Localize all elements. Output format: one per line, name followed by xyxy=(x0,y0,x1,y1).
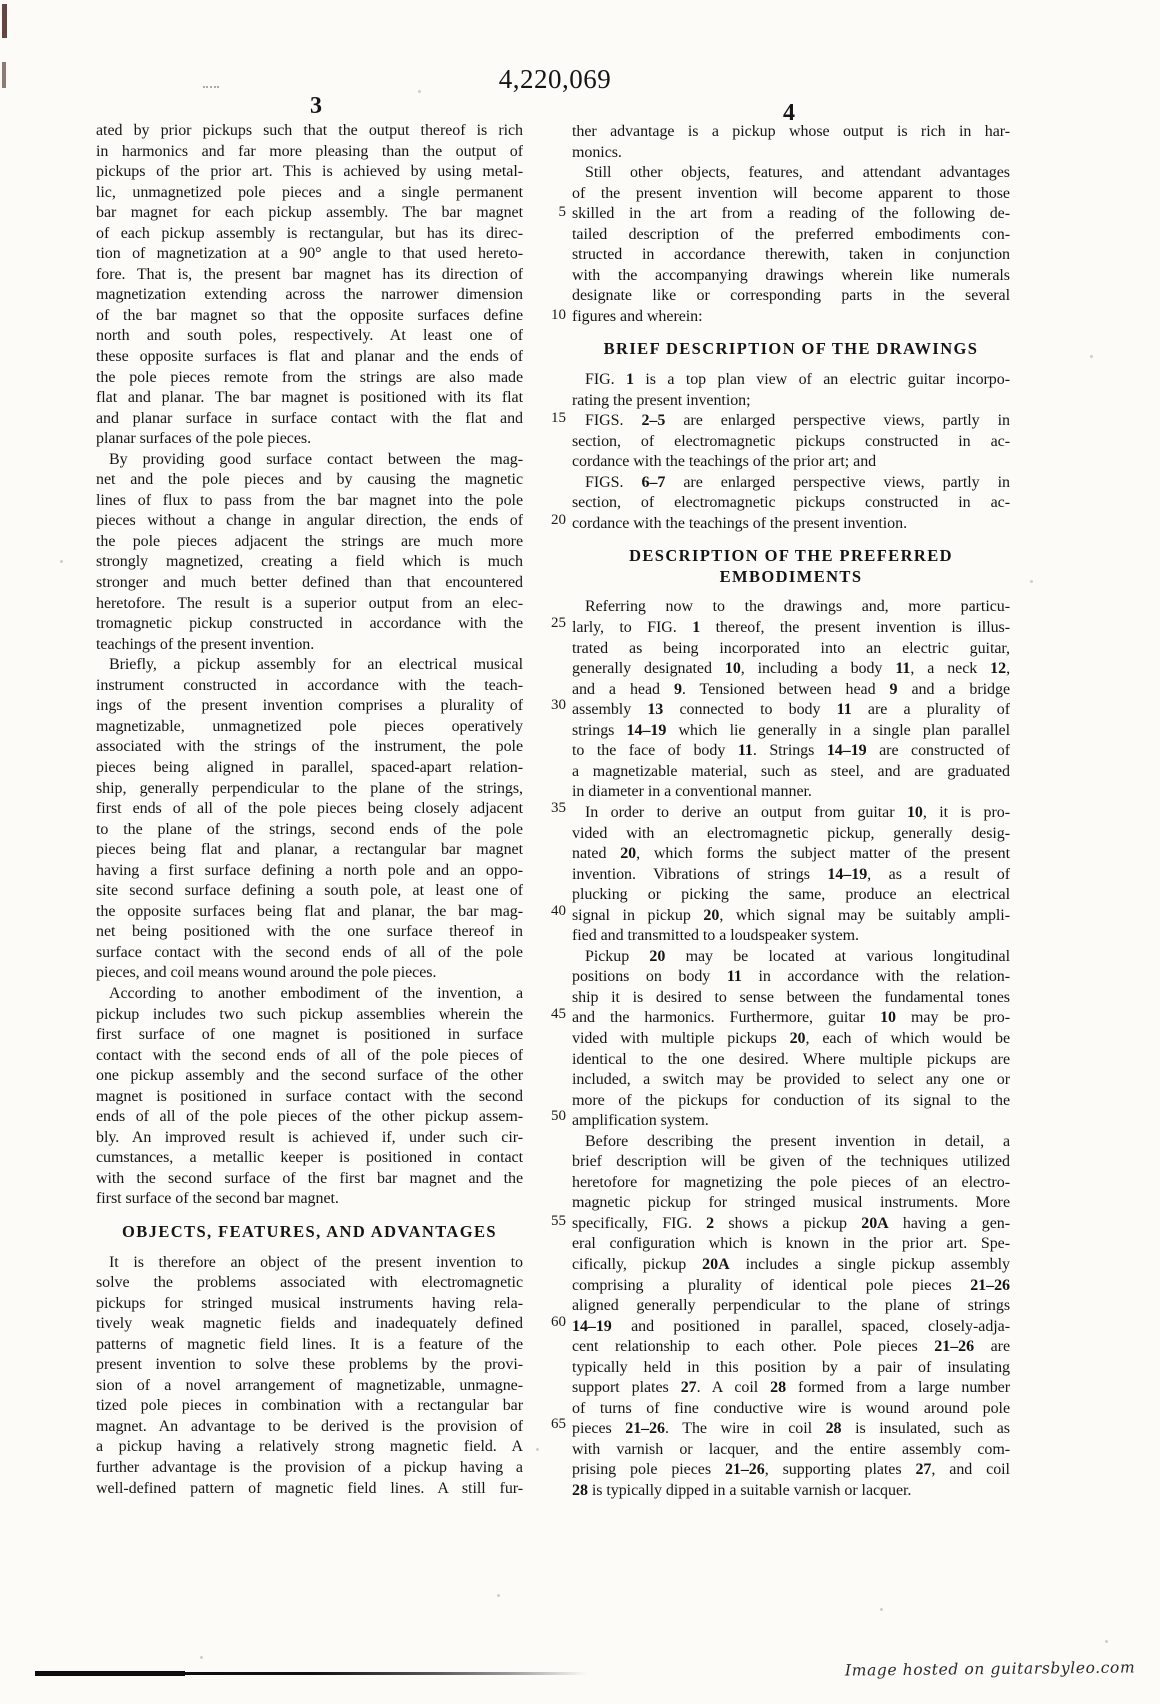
text-line: north and south poles, respectively. At … xyxy=(96,326,523,347)
scan-speck xyxy=(200,1656,203,1659)
text-line: cordance with the teachings of the prior… xyxy=(572,452,1010,473)
scan-edge-artifact xyxy=(2,62,6,88)
line-number: 10 xyxy=(534,306,566,324)
text-line: FIGS. 6–7 are enlarged perspective views… xyxy=(572,473,1010,494)
text-line: skilled in the art from a reading of the… xyxy=(572,204,1010,225)
text-line: section, of electromagnetic pickups cons… xyxy=(572,493,1010,514)
scan-speck xyxy=(60,560,63,563)
text-line: first surface of one magnet is positione… xyxy=(96,1025,523,1046)
patent-number: 4,220,069 xyxy=(430,64,680,95)
text-line: cordance with the teachings of the prese… xyxy=(572,514,1010,535)
text-line: of each pickup assembly is rectangular, … xyxy=(96,224,523,245)
text-line: magnetic pickup for stringed musical ins… xyxy=(572,1193,1010,1214)
text-line: of turns of fine conductive wire is woun… xyxy=(572,1399,1010,1420)
scan-speck xyxy=(536,1448,539,1451)
scan-edge-artifact xyxy=(2,4,7,38)
text-line: According to another embodiment of the i… xyxy=(96,984,523,1005)
text-line: heretofore for magnetizing the pole piec… xyxy=(572,1173,1010,1194)
text-line: positions on body 11 in accordance with … xyxy=(572,967,1010,988)
text-line: these opposite surfaces is flat and plan… xyxy=(96,347,523,368)
line-number: 40 xyxy=(534,902,566,920)
patent-document-page: 4,220,069 3 4 ated by prior pickups such… xyxy=(0,0,1160,1704)
text-line: to the face of body 11. Strings 14–19 ar… xyxy=(572,741,1010,762)
text-line: cifically, pickup 20A includes a single … xyxy=(572,1255,1010,1276)
text-line: surface contact with the second ends of … xyxy=(96,943,523,964)
section-heading: BRIEF DESCRIPTION OF THE DRAWINGS xyxy=(572,339,1010,360)
text-line: tailed description of the preferred embo… xyxy=(572,225,1010,246)
text-line: associated with the strings of the instr… xyxy=(96,737,523,758)
text-line: rating the present invention; xyxy=(572,391,1010,412)
text-line: solve the problems associated with elect… xyxy=(96,1273,523,1294)
text-line: generally designated 10, including a bod… xyxy=(572,659,1010,680)
section-heading: OBJECTS, FEATURES, AND ADVANTAGES xyxy=(96,1222,523,1243)
text-line: pieces being flat and planar, a rectangu… xyxy=(96,840,523,861)
text-line: and planar surface in surface contact wi… xyxy=(96,409,523,430)
paragraph: By providing good surface contact betwee… xyxy=(96,450,523,655)
text-line: Referring now to the drawings and, more … xyxy=(572,597,1010,618)
text-line: well-defined pattern of magnetic field l… xyxy=(96,1479,523,1500)
text-line: It is therefore an object of the present… xyxy=(96,1253,523,1274)
line-number: 5 xyxy=(534,203,566,221)
scan-smudge xyxy=(203,86,219,88)
text-line: fied and transmitted to a loudspeaker sy… xyxy=(572,926,1010,947)
text-line: the pole pieces adjacent the strings are… xyxy=(96,532,523,553)
text-line: Pickup 20 may be located at various long… xyxy=(572,947,1010,968)
text-line: fore. That is, the present bar magnet ha… xyxy=(96,265,523,286)
paragraph: Before describing the present invention … xyxy=(572,1132,1010,1502)
heading-line: DESCRIPTION OF THE PREFERRED xyxy=(572,546,1010,567)
text-line: magnet is positioned in surface contact … xyxy=(96,1087,523,1108)
text-line: pieces, and coil means wound around the … xyxy=(96,963,523,984)
text-line: one pickup assembly and the second surfa… xyxy=(96,1066,523,1087)
text-line: the pole pieces remote from the strings … xyxy=(96,368,523,389)
text-line: sion of a novel arrangement of magnetiza… xyxy=(96,1376,523,1397)
text-line: bar magnet for each pickup assembly. The… xyxy=(96,203,523,224)
text-line: a pickup having a relatively strong magn… xyxy=(96,1437,523,1458)
paragraph: Briefly, a pickup assembly for an electr… xyxy=(96,655,523,984)
line-number: 25 xyxy=(534,614,566,632)
text-line: cumstances, a metallic keeper is positio… xyxy=(96,1148,523,1169)
line-number: 20 xyxy=(534,511,566,529)
column-3-text: ated by prior pickups such that the outp… xyxy=(96,121,523,1499)
text-line: and the harmonics. Furthermore, guitar 1… xyxy=(572,1008,1010,1029)
text-line: larly, to FIG. 1 thereof, the present in… xyxy=(572,618,1010,639)
text-line: tromagnetic pickup constructed in accord… xyxy=(96,614,523,635)
text-line: tized pole pieces in combination with a … xyxy=(96,1396,523,1417)
text-line: ship it is desired to sense between the … xyxy=(572,988,1010,1009)
text-line: with the accompanying drawings wherein l… xyxy=(572,266,1010,287)
text-line: aligned generally perpendicular to the p… xyxy=(572,1296,1010,1317)
scan-speck xyxy=(1030,580,1033,583)
text-line: pieces without a change in angular direc… xyxy=(96,511,523,532)
section-heading: DESCRIPTION OF THE PREFERREDEMBODIMENTS xyxy=(572,546,1010,587)
text-line: amplification system. xyxy=(572,1111,1010,1132)
text-line: 14–19 and positioned in parallel, spaced… xyxy=(572,1317,1010,1338)
text-line: ship, generally perpendicular to the pla… xyxy=(96,779,523,800)
text-line: net and the pole pieces and by causing t… xyxy=(96,470,523,491)
paragraph: Referring now to the drawings and, more … xyxy=(572,597,1010,802)
text-line: present invention to solve these problem… xyxy=(96,1355,523,1376)
text-line: first surface of the second bar magnet. xyxy=(96,1189,523,1210)
heading-line: BRIEF DESCRIPTION OF THE DRAWINGS xyxy=(572,339,1010,360)
text-line: lic, unmagnetized pole pieces and a sing… xyxy=(96,183,523,204)
text-line: stronger and much better defined than th… xyxy=(96,573,523,594)
line-number: 65 xyxy=(534,1415,566,1433)
text-line: the opposite surfaces being flat and pla… xyxy=(96,902,523,923)
line-number: 50 xyxy=(534,1107,566,1125)
text-line: cent relationship to each other. Pole pi… xyxy=(572,1337,1010,1358)
text-line: instrument constructed in accordance wit… xyxy=(96,676,523,697)
text-line: pickups of the prior art. This is achiev… xyxy=(96,162,523,183)
text-line: identical to the one desired. Where mult… xyxy=(572,1050,1010,1071)
text-line: patterns of magnetic field lines. It is … xyxy=(96,1335,523,1356)
text-line: ings of the present invention comprises … xyxy=(96,696,523,717)
paragraph: According to another embodiment of the i… xyxy=(96,984,523,1210)
paragraph: It is therefore an object of the present… xyxy=(96,1253,523,1500)
text-line: ated by prior pickups such that the outp… xyxy=(96,121,523,142)
column-4-text: ther advantage is a pickup whose output … xyxy=(572,122,1010,1502)
scan-speck xyxy=(1105,1640,1108,1643)
text-line: structed in accordance therewith, taken … xyxy=(572,245,1010,266)
text-line: heretofore. The result is a superior out… xyxy=(96,594,523,615)
text-line: with varnish or lacquer, and the entire … xyxy=(572,1440,1010,1461)
scan-speck xyxy=(940,130,943,133)
paragraph: ated by prior pickups such that the outp… xyxy=(96,121,523,450)
paragraph: Still other objects, features, and atten… xyxy=(572,163,1010,327)
watermark-text: Image hosted on guitarsbyleo.com xyxy=(845,1658,1140,1679)
text-line: flat and planar. The bar magnet is posit… xyxy=(96,388,523,409)
heading-line: OBJECTS, FEATURES, AND ADVANTAGES xyxy=(96,1222,523,1243)
text-line: magnetizable, unmagnetized pole pieces o… xyxy=(96,717,523,738)
text-line: tively weak magnetic fields and inadequa… xyxy=(96,1314,523,1335)
line-number: 60 xyxy=(534,1313,566,1331)
text-line: In order to derive an output from guitar… xyxy=(572,803,1010,824)
text-line: Before describing the present invention … xyxy=(572,1132,1010,1153)
paragraph: ther advantage is a pickup whose output … xyxy=(572,122,1010,163)
text-line: signal in pickup 20, which signal may be… xyxy=(572,906,1010,927)
text-line: pieces 21–26. The wire in coil 28 is ins… xyxy=(572,1419,1010,1440)
line-number: 45 xyxy=(534,1005,566,1023)
line-number: 35 xyxy=(534,799,566,817)
text-line: nated 20, which forms the subject matter… xyxy=(572,844,1010,865)
text-line: support plates 27. A coil 28 formed from… xyxy=(572,1378,1010,1399)
text-line: specifically, FIG. 2 shows a pickup 20A … xyxy=(572,1214,1010,1235)
text-line: pickup includes two such pickup assembli… xyxy=(96,1005,523,1026)
scan-speck xyxy=(418,90,421,93)
text-line: planar surfaces of the pole pieces. xyxy=(96,429,523,450)
text-line: further advantage is the provision of a … xyxy=(96,1458,523,1479)
text-line: Still other objects, features, and atten… xyxy=(572,163,1010,184)
text-line: vided with an electromagnetic pickup, ge… xyxy=(572,824,1010,845)
scan-speck xyxy=(497,1594,500,1597)
text-line: of the bar magnet so that the opposite s… xyxy=(96,306,523,327)
text-line: site second surface defining a south pol… xyxy=(96,881,523,902)
text-line: included, a switch may be provided to se… xyxy=(572,1070,1010,1091)
text-line: FIGS. 2–5 are enlarged perspective views… xyxy=(572,411,1010,432)
text-line: designate like or corresponding parts in… xyxy=(572,286,1010,307)
heading-line: EMBODIMENTS xyxy=(572,567,1010,588)
text-line: trated as being incorporated into an ele… xyxy=(572,639,1010,660)
text-line: and a head 9. Tensioned between head 9 a… xyxy=(572,680,1010,701)
text-line: net being positioned with the one surfac… xyxy=(96,922,523,943)
text-line: comprising a plurality of identical pole… xyxy=(572,1276,1010,1297)
text-line: of the present invention will become app… xyxy=(572,184,1010,205)
text-line: ther advantage is a pickup whose output … xyxy=(572,122,1010,143)
text-line: invention. Vibrations of strings 14–19, … xyxy=(572,865,1010,886)
text-line: in harmonics and far more pleasing than … xyxy=(96,142,523,163)
text-line: teachings of the present invention. xyxy=(96,635,523,656)
text-line: to the plane of the strings, second ends… xyxy=(96,820,523,841)
text-line: strings 14–19 which lie generally in a s… xyxy=(572,721,1010,742)
text-line: contact with the second ends of all of t… xyxy=(96,1046,523,1067)
line-number: 55 xyxy=(534,1212,566,1230)
paragraph: FIG. 1 is a top plan view of an electric… xyxy=(572,370,1010,534)
text-line: 28 is typically dipped in a suitable var… xyxy=(572,1481,1010,1502)
text-line: with the second surface of the first bar… xyxy=(96,1169,523,1190)
text-line: figures and wherein: xyxy=(572,307,1010,328)
text-line: Briefly, a pickup assembly for an electr… xyxy=(96,655,523,676)
text-line: typically held in this position by a pai… xyxy=(572,1358,1010,1379)
line-number: 30 xyxy=(534,696,566,714)
paragraph: Pickup 20 may be located at various long… xyxy=(572,947,1010,1132)
text-line: lines of flux to pass from the bar magne… xyxy=(96,491,523,512)
text-line: having a first surface defining a north … xyxy=(96,861,523,882)
text-line: bly. An improved result is achieved if, … xyxy=(96,1128,523,1149)
text-line: plucking or picking the same, produce an… xyxy=(572,885,1010,906)
text-line: first ends of all of the pole pieces bei… xyxy=(96,799,523,820)
text-line: a magnetizable material, such as steel, … xyxy=(572,762,1010,783)
bottom-rule xyxy=(35,1672,587,1675)
text-line: assembly 13 connected to body 11 are a p… xyxy=(572,700,1010,721)
text-line: section, of electromagnetic pickups cons… xyxy=(572,432,1010,453)
text-line: more of the pickups for conduction of it… xyxy=(572,1091,1010,1112)
text-line: strongly magnetized, creating a field wh… xyxy=(96,552,523,573)
text-line: in diameter in a conventional manner. xyxy=(572,782,1010,803)
text-line: ends of all of the pole pieces of the ot… xyxy=(96,1107,523,1128)
text-line: pieces being aligned in parallel, spaced… xyxy=(96,758,523,779)
text-line: eral configuration which is known in the… xyxy=(572,1234,1010,1255)
text-line: pickups for stringed musical instruments… xyxy=(96,1294,523,1315)
text-line: monics. xyxy=(572,143,1010,164)
scan-speck xyxy=(1090,355,1093,358)
text-line: magnetization extending across the narro… xyxy=(96,285,523,306)
text-line: magnet. An advantage to be derived is th… xyxy=(96,1417,523,1438)
scan-speck xyxy=(880,1608,883,1611)
column-number-3: 3 xyxy=(296,93,336,120)
text-line: prising pole pieces 21–26, supporting pl… xyxy=(572,1460,1010,1481)
text-line: tion of magnetization at a 90° angle to … xyxy=(96,244,523,265)
paragraph: In order to derive an output from guitar… xyxy=(572,803,1010,947)
text-line: By providing good surface contact betwee… xyxy=(96,450,523,471)
line-number: 15 xyxy=(534,409,566,427)
text-line: FIG. 1 is a top plan view of an electric… xyxy=(572,370,1010,391)
text-line: vided with multiple pickups 20, each of … xyxy=(572,1029,1010,1050)
text-line: brief description will be given of the t… xyxy=(572,1152,1010,1173)
